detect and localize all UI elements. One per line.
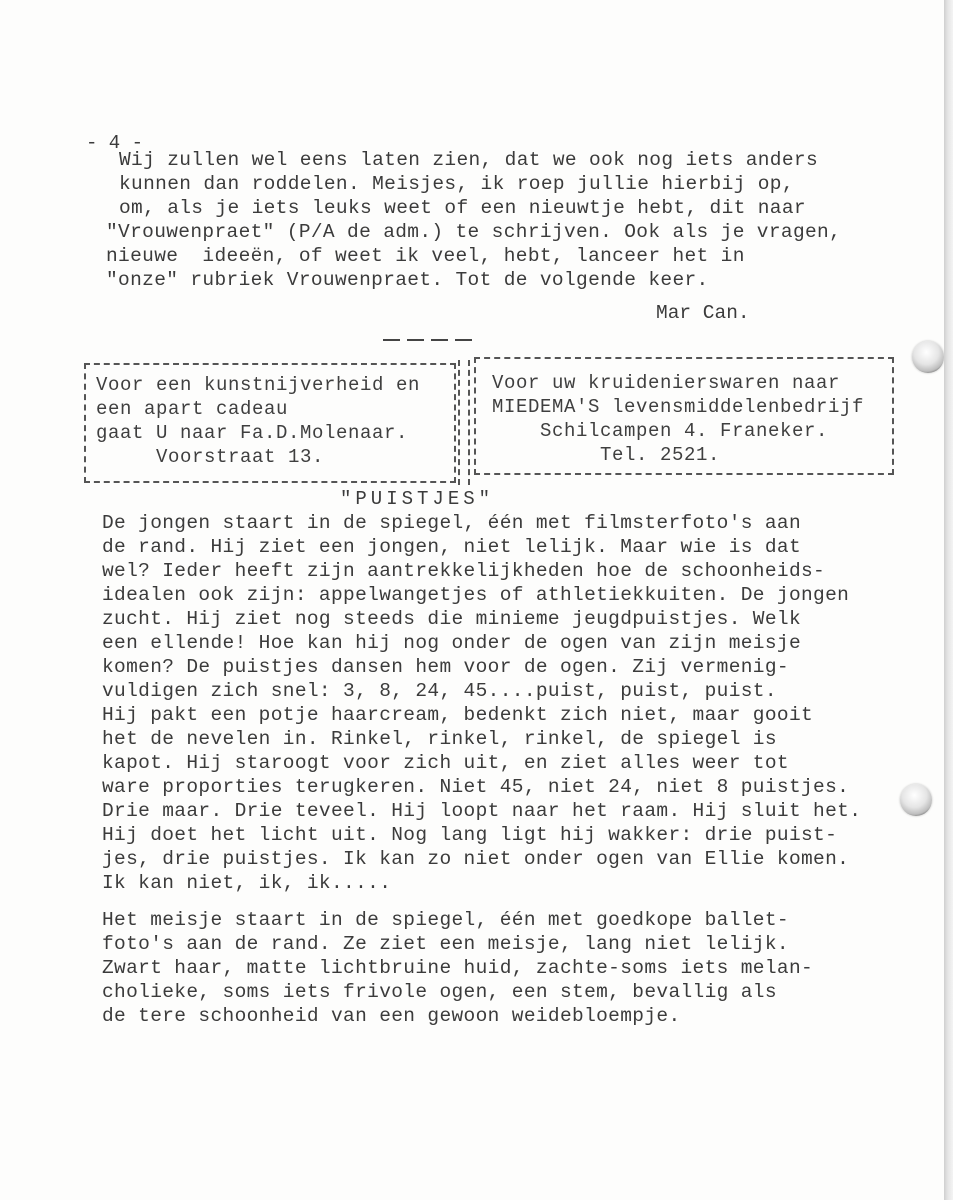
- text-line: De jongen staart in de spiegel, één met …: [102, 511, 801, 535]
- text-line: "Vrouwenpraet" (P/A de adm.) te schrijve…: [106, 220, 841, 244]
- text-line: Wij zullen wel eens laten zien, dat we o…: [119, 148, 818, 172]
- advertisement-molenaar: Voor een kunstnijverheid en een apart ca…: [84, 363, 456, 483]
- ad-line: een apart cadeau: [96, 397, 288, 421]
- punch-hole-icon: [900, 784, 932, 816]
- text-line: nieuwe ideeën, of weet ik veel, hebt, la…: [106, 244, 745, 268]
- ad-line: Schilcampen 4. Franeker.: [492, 419, 828, 443]
- ad-line: Voorstraat 13.: [96, 445, 324, 469]
- text-line: de tere schoonheid van een gewoon weideb…: [102, 1004, 681, 1028]
- text-line: komen? De puistjes dansen hem voor de og…: [102, 655, 789, 679]
- dashed-separator: [383, 339, 473, 341]
- text-line: ware proporties terugkeren. Niet 45, nie…: [102, 775, 849, 799]
- signature: Mar Can.: [656, 302, 750, 324]
- text-line: de rand. Hij ziet een jongen, niet lelij…: [102, 535, 801, 559]
- ad-divider: [458, 360, 470, 485]
- text-line: kunnen dan roddelen. Meisjes, ik roep ju…: [119, 172, 794, 196]
- ad-line: MIEDEMA'S levensmiddelenbedrijf: [492, 395, 864, 419]
- ad-line: Tel. 2521.: [492, 443, 720, 467]
- text-line: Zwart haar, matte lichtbruine huid, zach…: [102, 956, 813, 980]
- text-line: vuldigen zich snel: 3, 8, 24, 45....puis…: [102, 679, 777, 703]
- page-edge: [944, 0, 953, 1200]
- punch-hole-icon: [912, 341, 944, 373]
- text-line: foto's aan de rand. Ze ziet een meisje, …: [102, 932, 789, 956]
- text-line: om, als je iets leuks weet of een nieuwt…: [119, 196, 806, 220]
- text-line: Ik kan niet, ik, ik.....: [102, 871, 391, 895]
- text-line: Hij doet het licht uit. Nog lang ligt hi…: [102, 823, 837, 847]
- advertisement-miedema: Voor uw kruidenierswaren naar MIEDEMA'S …: [474, 357, 894, 475]
- text-line: jes, drie puistjes. Ik kan zo niet onder…: [102, 847, 849, 871]
- text-line: Hij pakt een potje haarcream, bedenkt zi…: [102, 703, 813, 727]
- story-title: "PUISTJES": [340, 488, 494, 510]
- text-line: Het meisje staart in de spiegel, één met…: [102, 908, 789, 932]
- text-line: "onze" rubriek Vrouwenpraet. Tot de volg…: [106, 268, 709, 292]
- text-line: het de nevelen in. Rinkel, rinkel, rinke…: [102, 727, 777, 751]
- typed-page: - 4 - Wij zullen wel eens laten zien, da…: [0, 0, 946, 1200]
- text-line: idealen ook zijn: appelwangetjes of athl…: [102, 583, 849, 607]
- text-line: Drie maar. Drie teveel. Hij loopt naar h…: [102, 799, 861, 823]
- text-line: cholieke, soms iets frivole ogen, een st…: [102, 980, 777, 1004]
- ad-line: Voor een kunstnijverheid en: [96, 373, 420, 397]
- text-line: wel? Ieder heeft zijn aantrekkelijkheden…: [102, 559, 825, 583]
- ad-line: Voor uw kruidenierswaren naar: [492, 371, 840, 395]
- text-line: kapot. Hij staroogt voor zich uit, en zi…: [102, 751, 789, 775]
- text-line: een ellende! Hoe kan hij nog onder de og…: [102, 631, 801, 655]
- ad-line: gaat U naar Fa.D.Molenaar.: [96, 421, 408, 445]
- text-line: zucht. Hij ziet nog steeds die minieme j…: [102, 607, 801, 631]
